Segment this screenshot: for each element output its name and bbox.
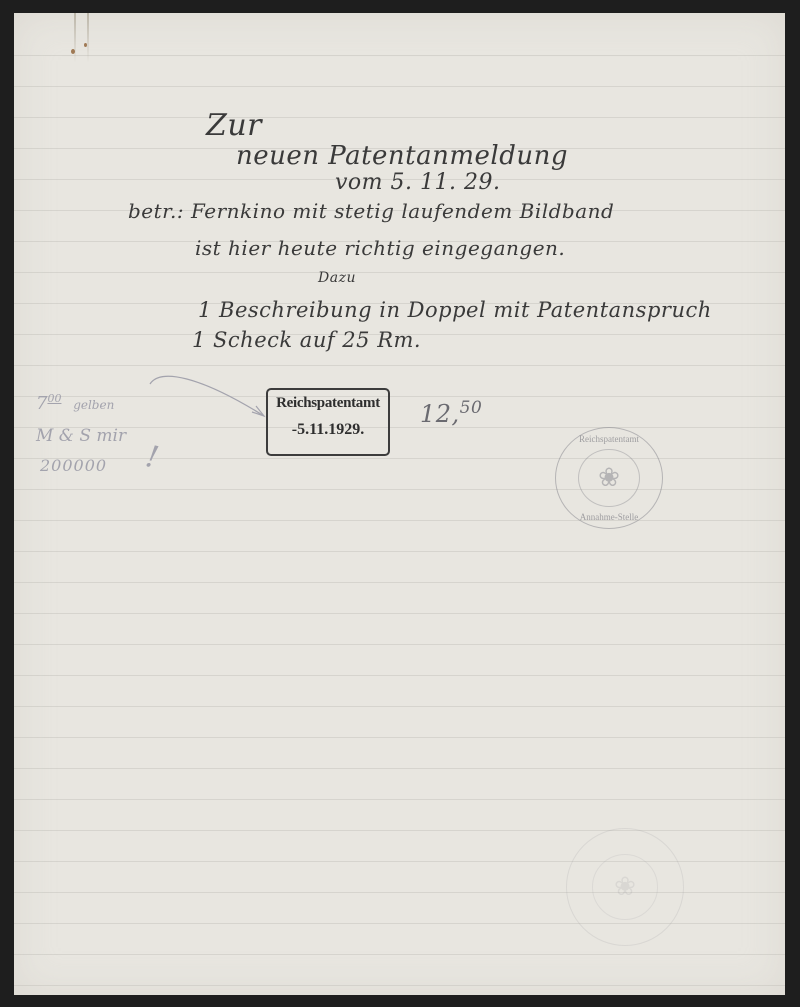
eagle-emblem-icon: ❀ (578, 449, 639, 507)
pencil-arrow-icon (140, 372, 270, 442)
stamp-date: -5.11.1929. (268, 421, 388, 439)
ghost-eagle-emblem-icon: ❀ (592, 854, 659, 921)
receipt-stamp: Reichspatentamt -5.11.1929. (266, 388, 390, 456)
enclosure-line-1: 1 Beschreibung in Doppel mit Patentanspr… (198, 298, 712, 322)
subject-line: neuen Patentanmeldung (236, 141, 568, 171)
enclosure-line-2: 1 Scheck auf 25 Rm. (192, 328, 421, 352)
seal-stamp: Reichspatentamt ❀ Annahme-Stelle (555, 427, 663, 529)
dazu-note: Dazu (318, 270, 356, 286)
seal-top-text: Reichspatentamt (556, 434, 662, 444)
salutation: Zur (206, 108, 262, 143)
seal-bottom-text: Annahme-Stelle (556, 512, 662, 522)
pencil-note-line-1: 700 gelben (36, 392, 114, 414)
date-line: vom 5. 11. 29. (335, 170, 500, 195)
body-line-2: ist hier heute richtig eingegangen. (195, 236, 565, 260)
stamp-organization: Reichspatentamt (268, 395, 388, 412)
amount-note: 12,50 (420, 398, 482, 428)
pencil-note-line-3: 200000 (40, 456, 107, 475)
fold-mark (87, 13, 89, 63)
amount-integer: 12, (420, 400, 460, 428)
pencil-superscript: 00 (47, 392, 61, 405)
rust-spot (71, 49, 75, 54)
amount-decimal: 50 (460, 398, 483, 418)
body-line-1: betr.: Fernkino mit stetig laufendem Bil… (128, 199, 614, 223)
pencil-note-line-2: M & S mir (36, 426, 126, 446)
ghost-seal-impression: ❀ (566, 828, 684, 946)
rust-spot (84, 43, 87, 47)
pencil-word: gelben (73, 398, 114, 412)
fold-mark (74, 13, 76, 63)
pencil-number: 7 (36, 393, 47, 414)
